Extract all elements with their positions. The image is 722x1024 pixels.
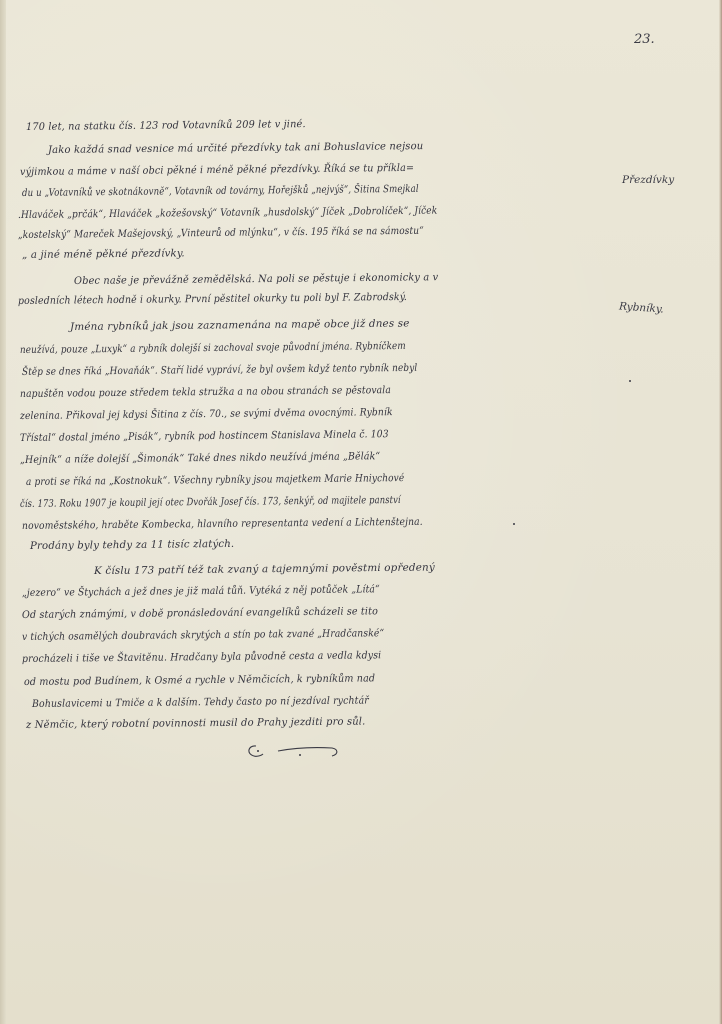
- end-flourish-icon: [244, 742, 344, 760]
- page-number: 23.: [634, 32, 655, 47]
- text-line: K číslu 173 patří též tak zvaný a tajemn…: [94, 562, 435, 577]
- text-line: „jezero“ ve Štychách a jež dnes je již m…: [22, 584, 380, 599]
- text-line: Prodány byly tehdy za 11 tisíc zlatých.: [30, 539, 234, 552]
- text-line: a proti se říká na „Kostnokuk“. Všechny …: [26, 473, 404, 488]
- text-line: Jako každá snad vesnice má určité přezdí…: [48, 141, 423, 156]
- text-line: .Hlaváček „prčák“, Hlaváček „kožešovský“…: [18, 206, 437, 221]
- binding-edge: [0, 0, 6, 1024]
- text-line: „kostelský“ Mareček Mašejovský, „Vinteur…: [18, 226, 424, 241]
- ink-spot: [629, 380, 631, 382]
- text-line: napuštěn vodou pouze středem tekla struž…: [20, 385, 391, 400]
- text-line: neužívá, pouze „Luxyk“ a rybník dolejší …: [20, 341, 406, 356]
- text-line: Obec naše je převážně zemědělská. Na pol…: [74, 272, 438, 287]
- margin-note-prezdivky: Přezdívky: [622, 174, 674, 186]
- text-line: Od starých známými, v době pronásledován…: [22, 606, 378, 621]
- text-line: posledních létech hodně i okurky. První …: [18, 292, 407, 307]
- text-line: Bohuslavicemi u Tmiče a k dalším. Tehdy …: [32, 695, 369, 710]
- text-line: du u „Votavníků ve skotnákovně“, Votavní…: [22, 184, 419, 199]
- text-line: zelenina. Přikoval jej kdysi Šitina z čí…: [20, 407, 393, 422]
- ink-spot: [513, 523, 515, 525]
- chronicle-page: 23. Přezdívky Rybníky. 170 let, na statk…: [0, 0, 722, 1024]
- text-line: procházeli i tiše ve Štavitěnu. Hradčany…: [22, 650, 381, 665]
- text-line: Štěp se dnes říká „Hovaňák“. Staří lidé …: [22, 363, 417, 378]
- text-line: 170 let, na statku čís. 123 rod Votavník…: [26, 119, 306, 133]
- text-line: z Němčic, který robotní povinnosti musil…: [26, 716, 366, 731]
- text-line: od mostu pod Budínem, k Osmé a rychle v …: [24, 673, 375, 688]
- margin-note-rybniky: Rybníky.: [619, 300, 664, 315]
- text-line: Jména rybníků jak jsou zaznamenána na ma…: [70, 318, 410, 333]
- text-line: novoměstského, hraběte Kombecka, hlavníh…: [22, 517, 423, 532]
- text-line: „ a jiné méně pěkné přezdívky.: [22, 248, 185, 261]
- text-line: čís. 173. Roku 1907 je koupil její otec …: [20, 495, 401, 510]
- text-line: „Hejník“ a níže dolejší „Šimonák“ Také d…: [20, 451, 380, 466]
- text-line: v tichých osamělých doubravách skrytých …: [22, 628, 384, 643]
- text-line: výjimkou a máme v naší obci pěkné i méně…: [20, 163, 414, 178]
- text-line: Třístal“ dostal jméno „Pisák“, rybník po…: [20, 429, 389, 444]
